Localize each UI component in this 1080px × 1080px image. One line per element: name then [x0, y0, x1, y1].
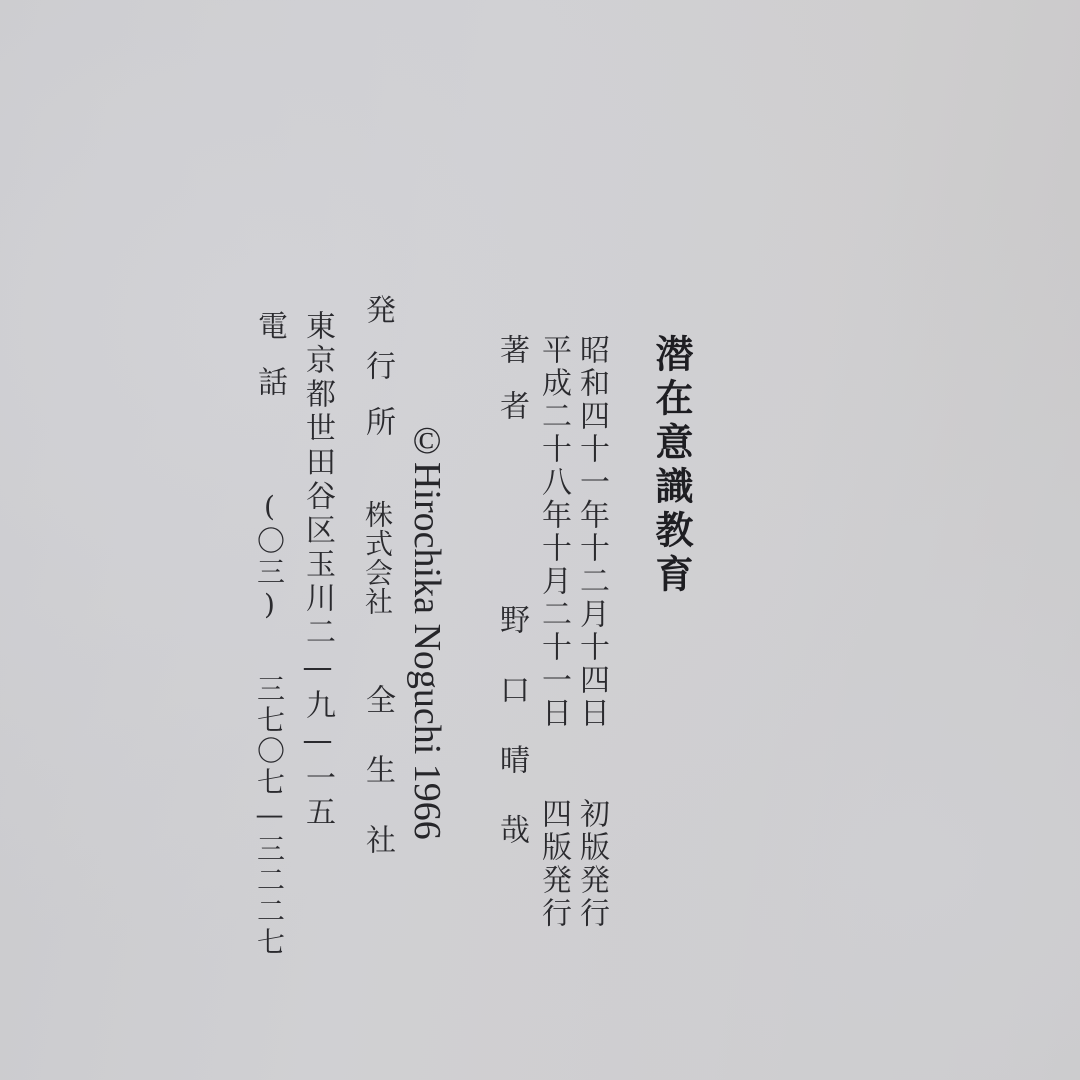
copyright-notice: ©Hirochika Noguchi 1966	[408, 420, 446, 840]
first-edition-line: 昭和四十一年十二月十四日 初版発行	[576, 334, 606, 930]
author-line: 著者 野口晴哉	[496, 334, 526, 884]
colophon-page: 潜在意識教育 昭和四十一年十二月十四日 初版発行 平成二十八年十月二十一日 四版…	[0, 0, 1080, 1080]
author-label: 著者	[496, 334, 526, 446]
phone-line: 電話 (〇三) 三七〇七—三二二七	[254, 310, 284, 958]
publisher-line: 発行所 株式会社 全生社	[362, 334, 392, 894]
fourth-edition-date: 平成二十八年十月二十一日	[538, 334, 568, 730]
phone-area-code: (〇三)	[255, 490, 283, 624]
publisher-label: 発行所	[362, 294, 392, 462]
book-title: 潜在意識教育	[652, 334, 690, 598]
fourth-edition-label: 四版発行	[538, 798, 568, 930]
phone-label: 電話	[254, 310, 284, 422]
first-edition-date: 昭和四十一年十二月十四日	[576, 334, 606, 730]
publisher-address: 東京都世田谷区玉川二—九—一五	[302, 310, 332, 830]
first-edition-label: 初版発行	[576, 798, 606, 930]
phone-number: 三七〇七—三二二七	[255, 674, 283, 958]
author-name: 野口晴哉	[496, 604, 526, 884]
fourth-edition-line: 平成二十八年十月二十一日 四版発行	[538, 334, 568, 930]
publisher-name: 全生社	[362, 684, 392, 894]
publisher-company-type: 株式会社	[363, 500, 391, 616]
